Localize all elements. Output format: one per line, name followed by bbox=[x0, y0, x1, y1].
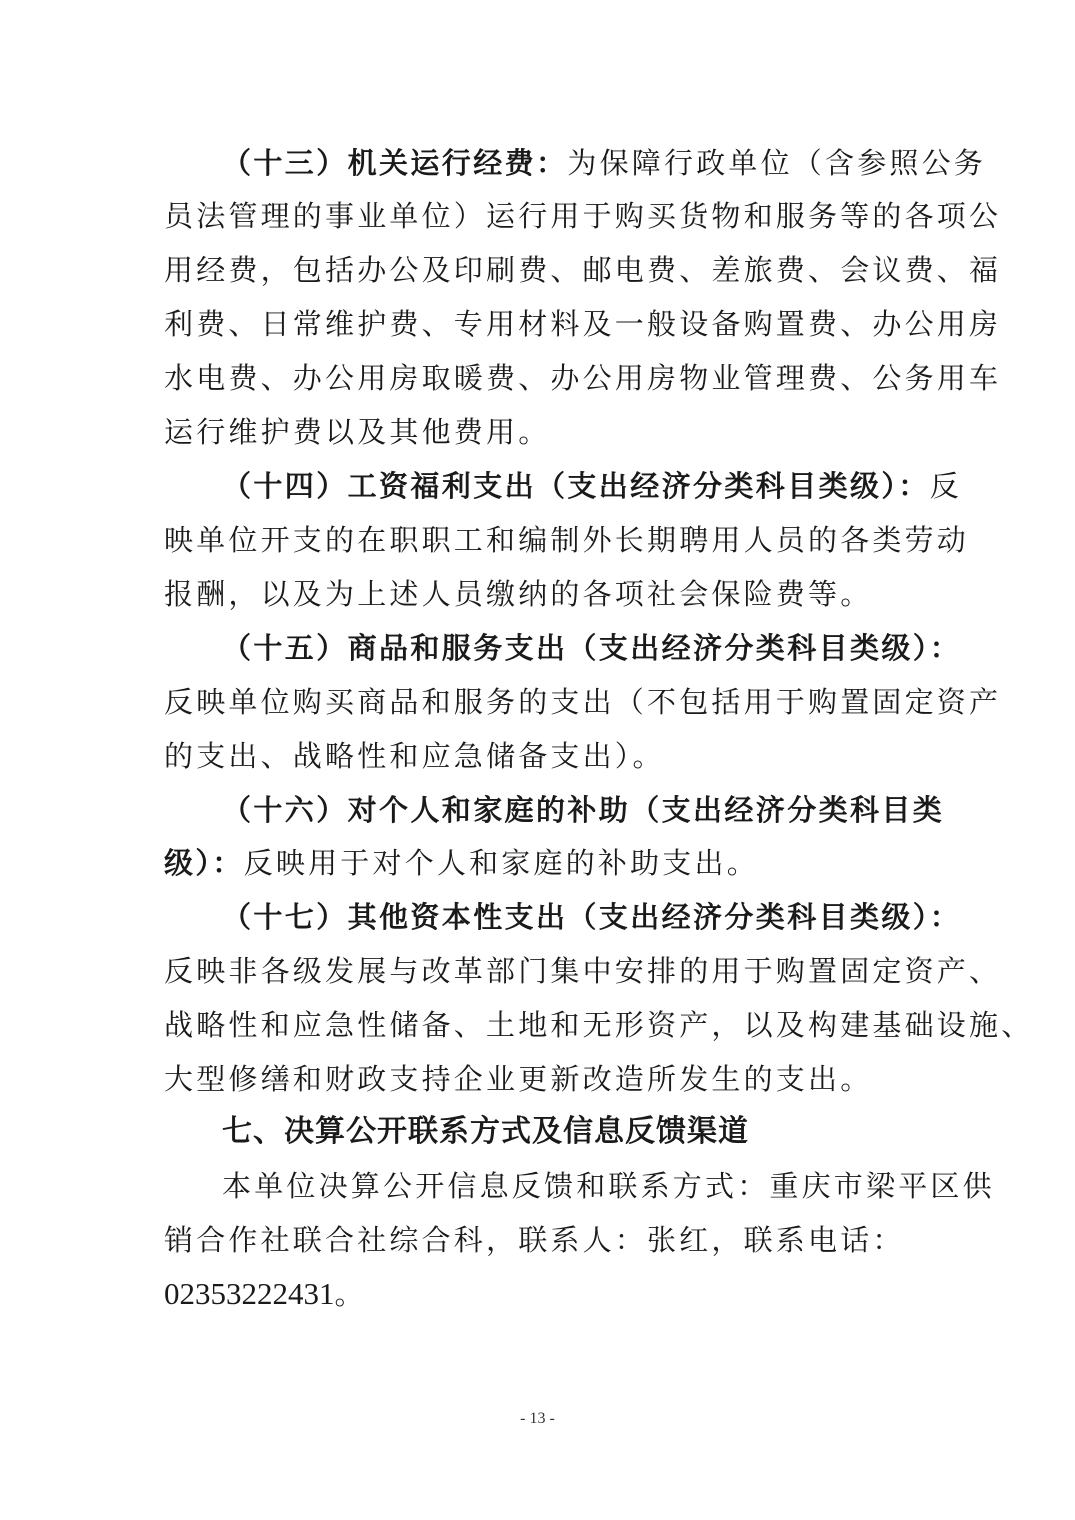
section-13-title: （十三）机关运行经费： bbox=[222, 146, 567, 180]
page-number: - 13 - bbox=[0, 1410, 1075, 1428]
section-17-line-3: 战略性和应急性储备、土地和无形资产，以及构建基础设施、 bbox=[164, 1005, 914, 1045]
section-16-title-end: 级）： bbox=[164, 846, 244, 880]
section-17-line-4: 大型修缮和财政支持企业更新改造所发生的支出。 bbox=[164, 1059, 914, 1099]
section-13-line-5: 水电费、办公用房取暖费、办公用房物业管理费、公务用车 bbox=[164, 358, 914, 398]
section-13-line-6: 运行维护费以及其他费用。 bbox=[164, 412, 914, 452]
section-13-line-2: 员法管理的事业单位）运行用于购买货物和服务等的各项公 bbox=[164, 196, 914, 236]
section-14-line-2: 映单位开支的在职职工和编制外长期聘用人员的各类劳动 bbox=[164, 520, 914, 560]
section-14-line-1: （十四）工资福利支出（支出经济分类科目类级）：反 bbox=[222, 466, 972, 506]
section-14-line-3: 报酬，以及为上述人员缴纳的各项社会保险费等。 bbox=[164, 574, 914, 614]
section-13-line-3: 用经费，包括办公及印刷费、邮电费、差旅费、会议费、福 bbox=[164, 250, 914, 290]
section-13-line-1: （十三）机关运行经费：为保障行政单位（含参照公务 bbox=[222, 143, 972, 183]
section-14-title: （十四）工资福利支出（支出经济分类科目类级）： bbox=[222, 469, 930, 503]
section-15-line-2: 反映单位购买商品和服务的支出（不包括用于购置固定资产 bbox=[164, 682, 914, 722]
section-15-line-3: 的支出、战略性和应急储备支出）。 bbox=[164, 736, 914, 776]
contact-phone-number: 02353222431 bbox=[164, 1276, 335, 1311]
contact-line-2: 销合作社联合社综合科，联系人：张红，联系电话： bbox=[164, 1220, 914, 1260]
contact-line-3: 02353222431。 bbox=[164, 1274, 914, 1314]
section-16-line-1: （十六）对个人和家庭的补助（支出经济分类科目类 bbox=[222, 790, 972, 830]
section-16-line-2: 级）：反映用于对个人和家庭的补助支出。 bbox=[164, 843, 914, 883]
section-15-title: （十五）商品和服务支出（支出经济分类科目类级）： bbox=[222, 631, 961, 665]
section-16-title: （十六）对个人和家庭的补助（支出经济分类科目类 bbox=[222, 793, 944, 827]
section-17-title: （十七）其他资本性支出（支出经济分类科目类级）： bbox=[222, 900, 961, 934]
section-13-line-4: 利费、日常维护费、专用材料及一般设备购置费、办公用房 bbox=[164, 304, 914, 344]
document-page: （十三）机关运行经费：为保障行政单位（含参照公务 员法管理的事业单位）运行用于购… bbox=[0, 0, 1075, 1520]
contact-line-1: 本单位决算公开信息反馈和联系方式：重庆市梁平区供 bbox=[222, 1166, 972, 1206]
section-17-line-1: （十七）其他资本性支出（支出经济分类科目类级）： bbox=[222, 897, 972, 937]
section-15-line-1: （十五）商品和服务支出（支出经济分类科目类级）： bbox=[222, 628, 972, 668]
section-17-line-2: 反映非各级发展与改革部门集中安排的用于购置固定资产、 bbox=[164, 951, 914, 991]
contact-section-heading: 七、决算公开联系方式及信息反馈渠道 bbox=[222, 1112, 972, 1152]
